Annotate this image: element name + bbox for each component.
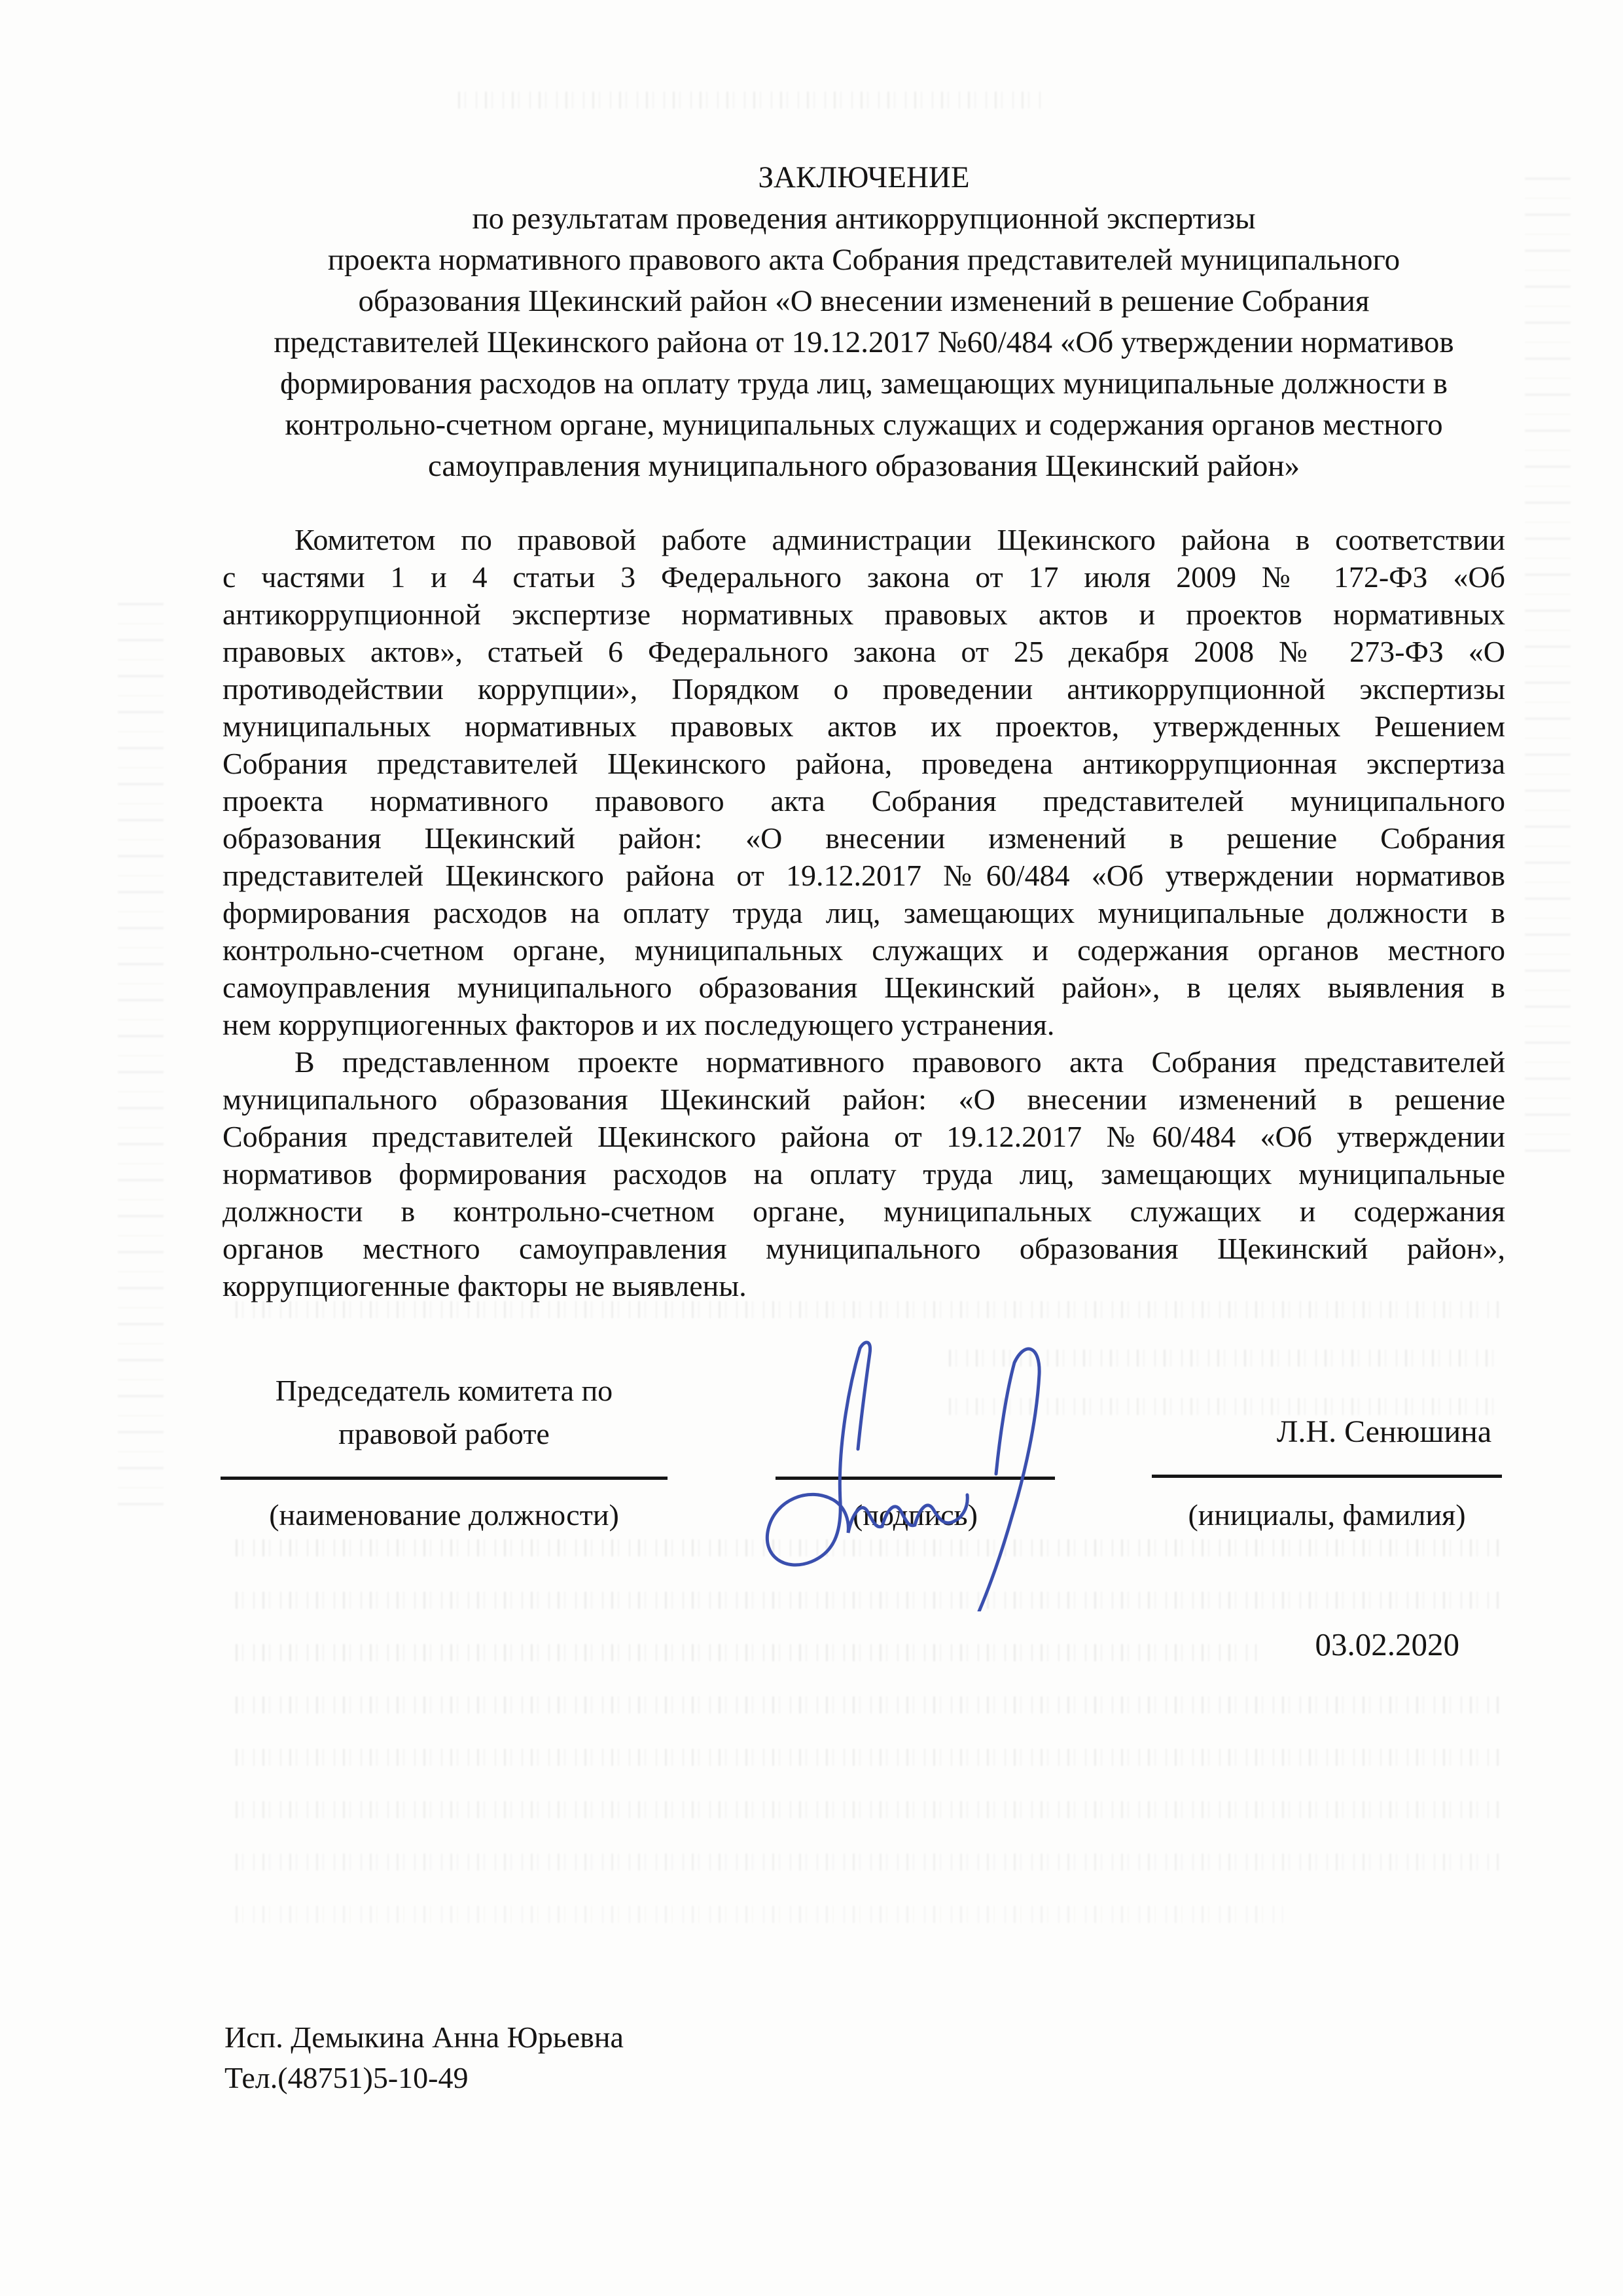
text-line: Председатель комитета по (221, 1369, 668, 1412)
footer-block: Исп. Демыкина Анна Юрьевна Тел.(48751)5-… (224, 2017, 624, 2098)
bleed-through-noise (236, 1592, 1499, 1609)
text-line: В представленном проекте нормативного пр… (223, 1043, 1505, 1081)
text-line: самоуправления муниципального образовани… (223, 969, 1505, 1006)
paragraph: В представленном проекте нормативного пр… (223, 1043, 1505, 1304)
handwritten-signature (713, 1336, 1080, 1611)
bleed-through-noise (458, 92, 1047, 109)
scanned-document-page: ЗАКЛЮЧЕНИЕпо результатам проведения анти… (0, 0, 1623, 2296)
text-line: правовой работе (221, 1412, 668, 1456)
signature-caption: (подпись) (776, 1498, 1055, 1532)
paragraph: Комитетом по правовой работе администрац… (223, 521, 1505, 1043)
signer-position: Председатель комитета поправовой работе (221, 1369, 668, 1456)
bleed-through-noise (236, 1749, 1499, 1766)
text-line: проекта нормативного правового акта Собр… (223, 782, 1505, 819)
text-line: нем коррупциогенных факторов и их послед… (223, 1006, 1505, 1043)
executor-line: Исп. Демыкина Анна Юрьевна (224, 2017, 624, 2058)
bleed-through-noise (236, 1539, 1499, 1556)
text-line: муниципального образования Щекинский рай… (223, 1081, 1505, 1118)
text-line: самоуправления муниципального образовани… (223, 446, 1505, 487)
text-line: Собрания представителей Щекинского район… (223, 1118, 1505, 1155)
text-line: коррупциогенные факторы не выявлены. (223, 1267, 1505, 1304)
bleed-through-noise (236, 1696, 1499, 1713)
document-date: 03.02.2020 (1315, 1626, 1460, 1663)
phone-line: Тел.(48751)5-10-49 (224, 2058, 624, 2098)
bleed-through-noise (949, 1398, 1499, 1415)
name-caption: (инициалы, фамилия) (1152, 1498, 1502, 1532)
text-line: представителей Щекинского района от 19.1… (223, 857, 1505, 894)
signature-underline-sign (776, 1477, 1055, 1480)
text-line: органов местного самоуправления муниципа… (223, 1230, 1505, 1267)
text-line: с частями 1 и 4 статьи 3 Федерального за… (223, 558, 1505, 596)
document-title-block: ЗАКЛЮЧЕНИЕпо результатам проведения анти… (223, 157, 1505, 487)
bleed-through-noise (236, 1906, 1283, 1923)
text-line: контрольно-счетном органе, муниципальных… (223, 931, 1505, 969)
scan-edge-noise (1525, 170, 1571, 1152)
text-line: муниципальных нормативных правовых актов… (223, 708, 1505, 745)
text-line: образования Щекинский район: «О внесении… (223, 819, 1505, 857)
text-line: нормативов формирования расходов на опла… (223, 1155, 1505, 1193)
signature-underline-name (1152, 1475, 1502, 1478)
text-line: должности в контрольно-счетном органе, м… (223, 1193, 1505, 1230)
text-line: антикоррупционной экспертизе нормативных… (223, 596, 1505, 633)
text-line: формирования расходов на оплату труда ли… (223, 894, 1505, 931)
text-line: ЗАКЛЮЧЕНИЕ (223, 157, 1505, 198)
text-line: правовых актов», статьей 6 Федерального … (223, 633, 1505, 670)
text-line: противодействии коррупции», Порядком о п… (223, 670, 1505, 708)
text-line: Комитетом по правовой работе администрац… (223, 521, 1505, 558)
text-line: формирования расходов на оплату труда ли… (223, 363, 1505, 404)
bleed-through-noise (949, 1350, 1499, 1367)
text-line: по результатам проведения антикоррупцион… (223, 198, 1505, 240)
text-line: контрольно-счетном органе, муниципальных… (223, 404, 1505, 446)
bleed-through-noise (236, 1644, 1257, 1661)
signature-underline-position (221, 1477, 668, 1480)
scan-edge-noise (118, 589, 164, 1505)
text-line: проекта нормативного правового акта Собр… (223, 240, 1505, 281)
bleed-through-noise (236, 1801, 1499, 1818)
position-caption: (наименование должности) (221, 1498, 668, 1532)
text-line: образования Щекинский район «О внесении … (223, 281, 1505, 322)
document-body: Комитетом по правовой работе администрац… (223, 521, 1505, 1304)
bleed-through-noise (236, 1854, 1499, 1871)
text-line: Собрания представителей Щекинского район… (223, 745, 1505, 782)
text-line: представителей Щекинского района от 19.1… (223, 322, 1505, 363)
signer-name: Л.Н. Сенюшина (1211, 1414, 1558, 1450)
